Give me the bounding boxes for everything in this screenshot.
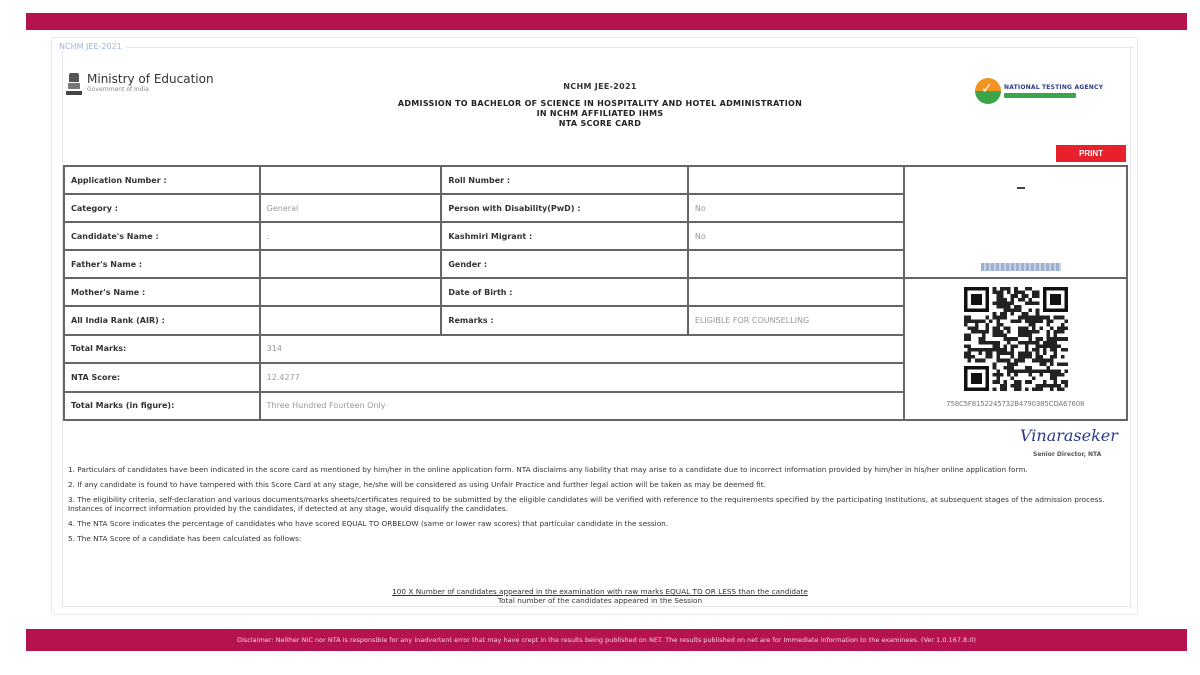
total-marks-words-value: Three Hundred Fourteen Only [260,392,904,420]
field-value [260,278,442,306]
formula-numerator: 100 X Number of candidates appeared in t… [300,587,900,596]
nta-score-formula: 100 X Number of candidates appeared in t… [300,587,900,605]
footer-disclaimer: Disclaimer: Neither NIC nor NTA is respo… [26,629,1187,651]
authority-role: Senior Director, NTA [1033,451,1101,458]
field-value [688,278,904,306]
total-marks-value: 314 [260,335,904,363]
table-row: Mother's Name : Date of Birth : 758C5F81… [64,278,1127,306]
field-label: Total Marks: [64,335,260,363]
field-label: Application Number : [64,166,260,194]
field-value: No [688,222,904,250]
nta-logo-icon [975,78,1001,104]
score-card-table: Application Number : Roll Number : Categ… [63,165,1128,421]
field-value: General [260,194,442,222]
table-row: Application Number : Roll Number : [64,166,1127,194]
nta-score-value: 12.4277 [260,363,904,391]
heading-line-1: ADMISSION TO BACHELOR OF SCIENCE IN HOSP… [330,99,870,109]
field-value [260,306,442,334]
field-label: Kashmiri Migrant : [441,222,688,250]
agency-name: NATIONAL TESTING AGENCY [1004,84,1103,91]
field-value [688,166,904,194]
field-value [260,250,442,278]
qr-code-text: 758C5F8152245732B4790385CDA67608 [905,400,1126,408]
field-label: Remarks : [441,306,688,334]
field-label: Gender : [441,250,688,278]
field-label: Total Marks (in figure): [64,392,260,420]
ministry-subtitle: Government of India [87,86,214,94]
field-label: Person with Disability(PwD) : [441,194,688,222]
national-emblem-icon [66,73,82,99]
field-label: Candidate's Name : [64,222,260,250]
qr-code-icon [961,287,1071,391]
note-item: 5. The NTA Score of a candidate has been… [68,534,1130,543]
note-item: 3. The eligibility criteria, self-declar… [68,495,1130,513]
formula-denominator: Total number of the candidates appeared … [300,596,900,605]
field-label: Roll Number : [441,166,688,194]
field-label: All India Rank (AIR) : [64,306,260,334]
ministry-logo: Ministry of Education Government of Indi… [66,73,214,99]
authority-signature: Vinaraseker [1020,426,1118,445]
field-value: : [260,222,442,250]
heading-line-3: NTA SCORE CARD [330,119,870,129]
print-button[interactable]: PRINT [1056,145,1126,162]
fieldset-legend-line [59,47,1134,48]
notes-list: 1. Particulars of candidates have been i… [68,465,1130,549]
photo-cell [904,166,1127,278]
fieldset-legend: NCHM JEE-2021 [59,42,1134,52]
note-item: 2. If any candidate is found to have tam… [68,480,1130,489]
remarks-value: ELIGIBLE FOR COUNSELLING [688,306,904,334]
top-brand-bar [26,13,1187,30]
candidate-photo-icon [905,167,1126,277]
field-label: NTA Score: [64,363,260,391]
field-value: No [688,194,904,222]
field-label: Father's Name : [64,250,260,278]
candidate-signature-icon [981,263,1061,271]
scorecard-heading: NCHM JEE-2021 ADMISSION TO BACHELOR OF S… [330,82,870,129]
note-item: 1. Particulars of candidates have been i… [68,465,1130,474]
exam-name: NCHM JEE-2021 [330,82,870,91]
qr-cell: 758C5F8152245732B4790385CDA67608 [904,278,1127,420]
heading-line-2: IN NCHM AFFILIATED IHMS [330,109,870,119]
field-label: Date of Birth : [441,278,688,306]
note-item: 4. The NTA Score indicates the percentag… [68,519,1130,528]
field-label: Category : [64,194,260,222]
field-value [260,166,442,194]
ministry-title: Ministry of Education [87,73,214,86]
field-label: Mother's Name : [64,278,260,306]
fieldset-legend-text: NCHM JEE-2021 [59,42,126,51]
nta-logo: NATIONAL TESTING AGENCY [975,78,1103,104]
field-value [688,250,904,278]
agency-tagline-badge [1004,93,1076,98]
